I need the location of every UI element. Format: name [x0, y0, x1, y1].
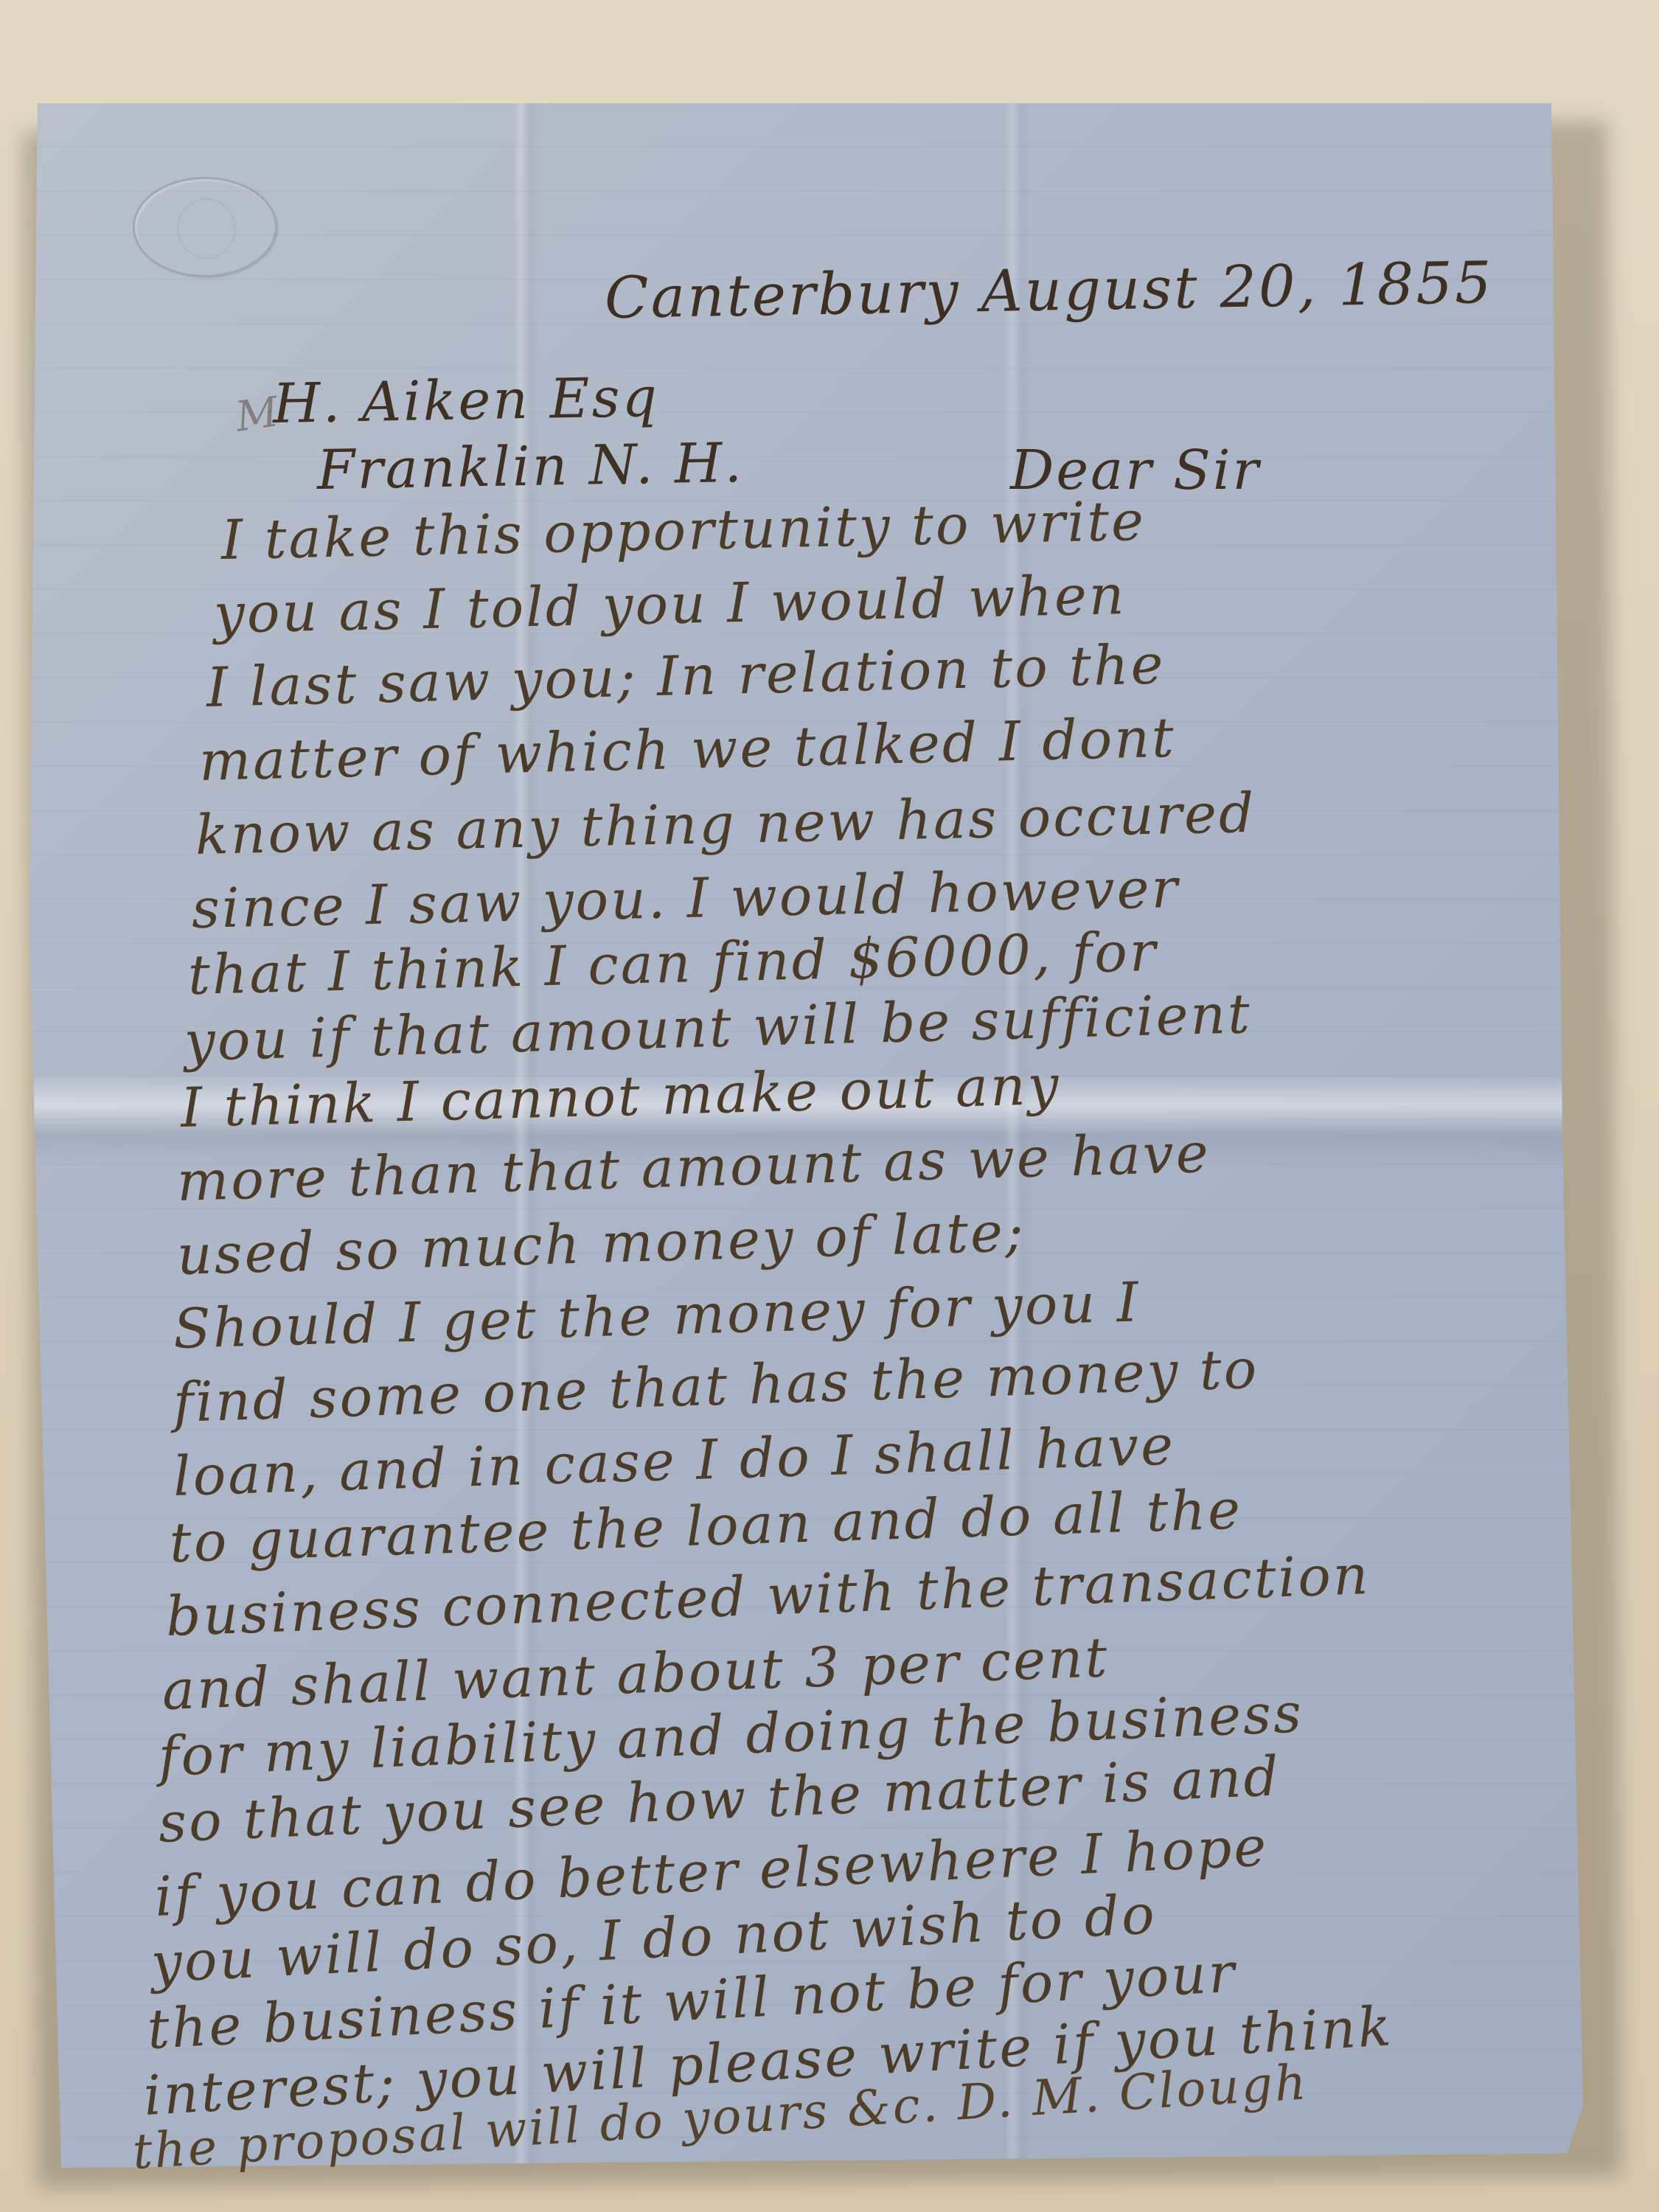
body-line: used so much money of late; — [176, 1200, 1026, 1287]
addressee-town: Franklin N. H. — [316, 431, 744, 502]
letter-content: Canterbury August 20, 1855 M H. Aiken Es… — [0, 0, 1659, 2212]
place-and-date: Canterbury August 20, 1855 — [604, 250, 1494, 332]
body-line: you as I told you I would when — [213, 563, 1127, 646]
body-line: I last saw you; In relation to the — [206, 633, 1166, 720]
body-line: matter of which we talked I dont — [198, 706, 1177, 793]
addressee-name: H. Aiken Esq — [272, 366, 659, 436]
body-line: know as any thing new has occured — [195, 782, 1256, 867]
body-line: I take this opportunity to write — [220, 490, 1147, 572]
